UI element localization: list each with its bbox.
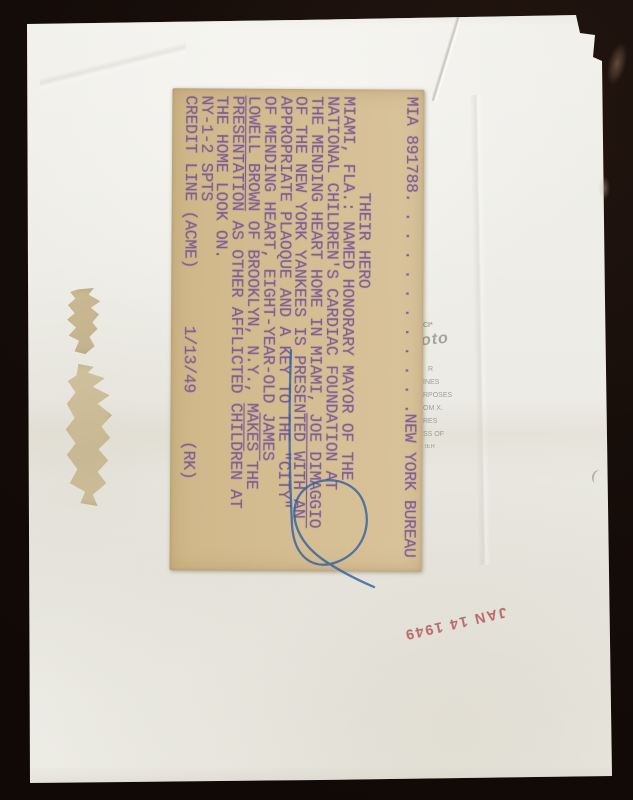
photo-paper: bCI*otoRINESRPOSESOM X.RESSS OFIER MIA 8… — [0, 0, 633, 800]
stamp-fragment: OM X. — [423, 405, 443, 412]
press-photo-back-scan: bCI*otoRINESRPOSESOM X.RESSS OFIER MIA 8… — [0, 0, 633, 800]
crease-line — [33, 19, 192, 112]
stamp-fragment: INES — [423, 379, 439, 386]
caption-text-segment: MIA 891788. . . . . . . . . . . .NEW YOR… — [400, 97, 422, 558]
pen-mark — [265, 335, 395, 605]
stamp-fragment: RES — [423, 418, 437, 425]
crease-line — [462, 95, 496, 565]
date-stamp: JAN 14 1949 — [394, 599, 515, 645]
caption-line: CREDIT LINE (ACME) 1/13/49 (RK) — [180, 95, 199, 570]
tape-remnant — [64, 364, 112, 506]
caption-line: MIA 891788. . . . . . . . . . . .NEW YOR… — [401, 97, 420, 572]
stamp-fragment: CI* — [423, 322, 433, 329]
stamp-fragment: oto — [420, 330, 450, 351]
border-scuff — [598, 176, 610, 200]
stamp-fragment: RPOSES — [423, 392, 452, 399]
crease-line — [432, 13, 461, 103]
border-scuff — [603, 40, 631, 87]
stamp-fragment: IER — [425, 444, 435, 450]
stamp-fragment: SS OF — [423, 431, 444, 438]
stamp-fragment: R — [428, 366, 433, 373]
tape-remnant — [65, 288, 102, 354]
caption-text-segment: CREDIT LINE (ACME) 1/13/49 (RK) — [179, 95, 200, 479]
